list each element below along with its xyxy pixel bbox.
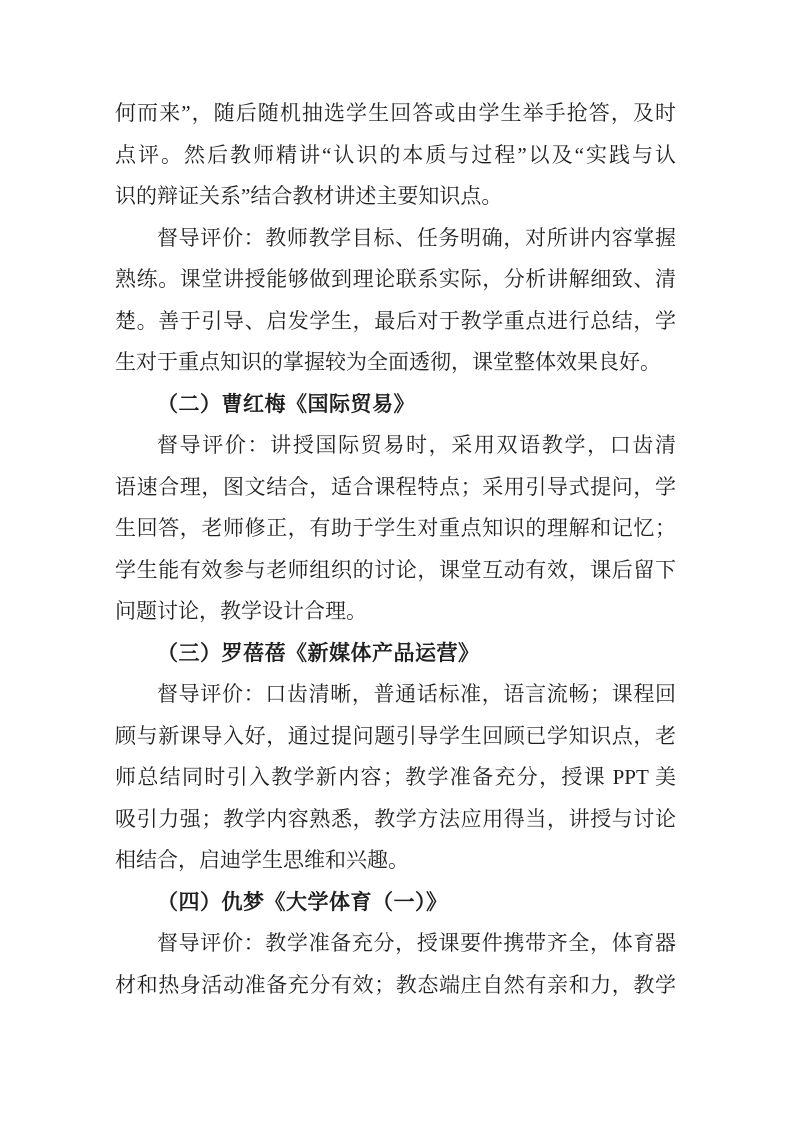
- text-line: 何而来”，随后随机抽选学生回答或由学生举手抢答，及时: [115, 93, 676, 135]
- text-line: （二）曹红梅《国际贸易》: [115, 384, 676, 426]
- text-line: 材和热身活动准备充分有效；教态端庄自然有亲和力，教学: [115, 965, 676, 1007]
- text-line: 督导评价：教学准备充分，授课要件携带齐全，体育器: [115, 923, 676, 965]
- text-line: 问题讨论，教学设计合理。: [115, 591, 676, 633]
- text-line: 点评。然后教师精讲“认识的本质与过程”以及“实践与认: [115, 135, 676, 177]
- text-line: 学生能有效参与老师组织的讨论，课堂互动有效，课后留下: [115, 550, 676, 592]
- text-line: 吸引力强；教学内容熟悉，教学方法应用得当，讲授与讨论: [115, 799, 676, 841]
- document-content: 何而来”，随后随机抽选学生回答或由学生举手抢答，及时点评。然后教师精讲“认识的本…: [115, 93, 676, 1006]
- text-line: 督导评价：讲授国际贸易时，采用双语教学，口齿清晰，: [115, 425, 676, 467]
- text-line: 识的辩证关系”结合教材讲述主要知识点。: [115, 176, 676, 218]
- text-line: 熟练。课堂讲授能够做到理论联系实际，分析讲解细致、清: [115, 259, 676, 301]
- text-line: 督导评价：口齿清晰，普通话标准，语言流畅；课程回: [115, 674, 676, 716]
- section-heading: （三）罗蓓蓓《新媒体产品运营》: [115, 633, 676, 675]
- paragraph: 督导评价：口齿清晰，普通话标准，语言流畅；课程回顾与新课导入好，通过提问题引导学…: [115, 674, 676, 882]
- paragraph: 督导评价：教师教学目标、任务明确，对所讲内容掌握熟练。课堂讲授能够做到理论联系实…: [115, 218, 676, 384]
- text-line: 师总结同时引入教学新内容；教学准备充分，授课 PPT 美观，: [115, 757, 676, 799]
- paragraph: 督导评价：讲授国际贸易时，采用双语教学，口齿清晰，语速合理，图文结合，适合课程特…: [115, 425, 676, 633]
- text-line: 相结合，启迪学生思维和兴趣。: [115, 840, 676, 882]
- document-page: 何而来”，随后随机抽选学生回答或由学生举手抢答，及时点评。然后教师精讲“认识的本…: [0, 0, 793, 1122]
- paragraph: 何而来”，随后随机抽选学生回答或由学生举手抢答，及时点评。然后教师精讲“认识的本…: [115, 93, 676, 218]
- paragraph: 督导评价：教学准备充分，授课要件携带齐全，体育器材和热身活动准备充分有效；教态端…: [115, 923, 676, 1006]
- text-line: 语速合理，图文结合，适合课程特点；采用引导式提问，学: [115, 467, 676, 509]
- text-line: （四）仇梦《大学体育（一）》: [115, 882, 676, 924]
- text-line: 楚。善于引导、启发学生，最后对于教学重点进行总结，学: [115, 301, 676, 343]
- section-heading: （二）曹红梅《国际贸易》: [115, 384, 676, 426]
- section-heading: （四）仇梦《大学体育（一）》: [115, 882, 676, 924]
- text-line: 顾与新课导入好，通过提问题引导学生回顾已学知识点，老: [115, 716, 676, 758]
- text-line: 督导评价：教师教学目标、任务明确，对所讲内容掌握: [115, 218, 676, 260]
- text-line: （三）罗蓓蓓《新媒体产品运营》: [115, 633, 676, 675]
- text-line: 生回答，老师修正，有助于学生对重点知识的理解和记忆；: [115, 508, 676, 550]
- text-line: 生对于重点知识的掌握较为全面透彻，课堂整体效果良好。: [115, 342, 676, 384]
